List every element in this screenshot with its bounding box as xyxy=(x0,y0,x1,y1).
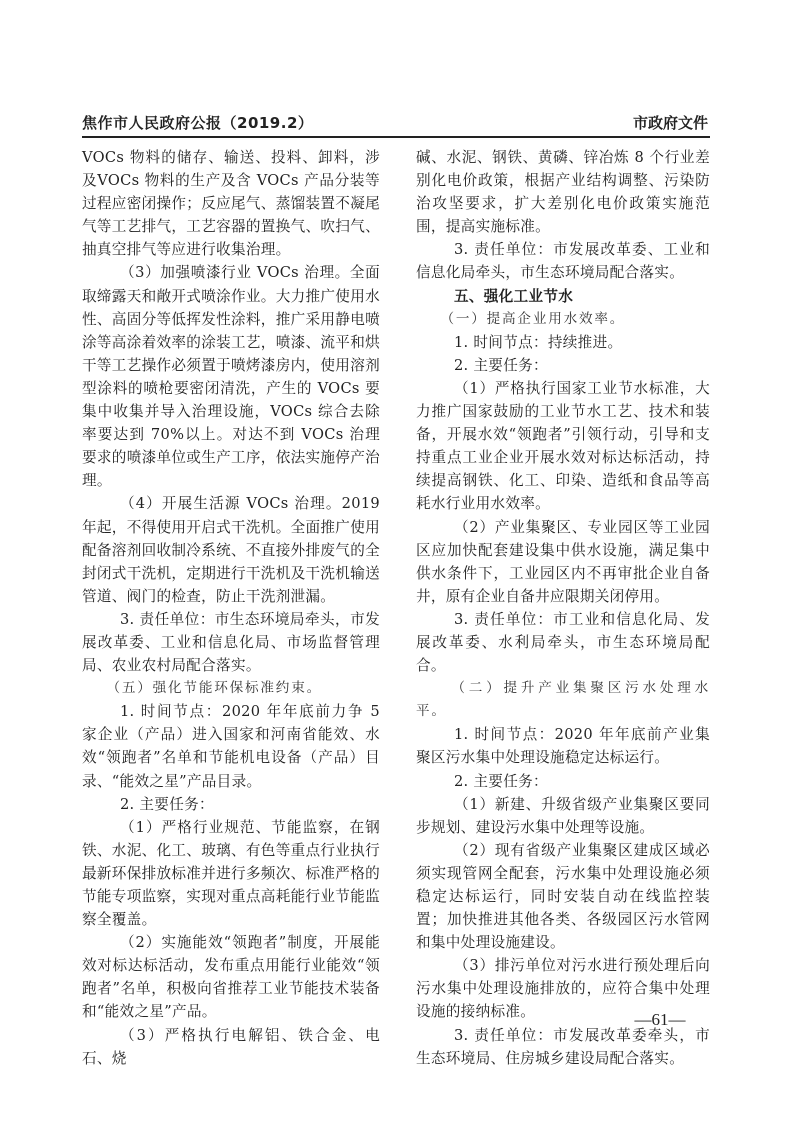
paragraph: 1. 时间节点：持续推进。 xyxy=(416,331,710,354)
paragraph: （4）开展生活源 VOCs 治理。2019 年起，不得使用开启式干洗机。全面推广… xyxy=(82,492,380,607)
paragraph: （2）实施能效“领跑者”制度，开展能效对标达标活动，发布重点用能行业能效“领跑者… xyxy=(82,931,380,1023)
paragraph: 碱、水泥、钢铁、黄磷、锌冶炼 8 个行业差别化电价政策，根据产业结构调整、污染防… xyxy=(416,146,710,238)
left-column: VOCs 物料的储存、输送、投料、卸料，涉及VOCs 物料的生产及含 VOCs … xyxy=(82,146,380,1070)
paragraph: 2. 主要任务： xyxy=(416,770,710,793)
section-heading: 五、强化工业节水 xyxy=(416,285,710,308)
paragraph: VOCs 物料的储存、输送、投料、卸料，涉及VOCs 物料的生产及含 VOCs … xyxy=(82,146,380,261)
right-column: 碱、水泥、钢铁、黄磷、锌冶炼 8 个行业差别化电价政策，根据产业结构调整、污染防… xyxy=(416,146,710,1070)
paragraph: 3. 责任单位：市生态环境局牵头，市发展改革委、工业和信息化局、市场监督管理局、… xyxy=(82,608,380,677)
paragraph: 2. 主要任务： xyxy=(416,354,710,377)
section-label: 市政府文件 xyxy=(633,112,708,133)
paragraph: （3）加强喷漆行业 VOCs 治理。全面取缔露天和敞开式喷涂作业。大力推广使用水… xyxy=(82,261,380,492)
paragraph: （1）严格执行国家工业节水标准，大力推广国家鼓励的工业节水工艺、技术和装备，开展… xyxy=(416,377,710,516)
paragraph: 3. 责任单位：市发展改革委牵头，市生态环境局、住房城乡建设局配合落实。 xyxy=(416,1024,710,1070)
paragraph: 1. 时间节点：2020 年年底前产业集聚区污水集中处理设施稳定达标运行。 xyxy=(416,723,710,769)
subsection-heading: （二）提升产业集聚区污水处理水平。 xyxy=(416,677,710,723)
subsection-heading: （一）提高企业用水效率。 xyxy=(416,308,710,331)
paragraph: （2）现有省级产业集聚区建成区域必须实现管网全配套，污水集中处理设施必须稳定达标… xyxy=(416,839,710,954)
paragraph: （3）严格执行电解铝、铁合金、电石、烧 xyxy=(82,1024,380,1070)
page-number: —61— xyxy=(620,1010,700,1030)
paragraph: （1）严格行业规范、节能监察，在钢铁、水泥、化工、玻璃、有色等重点行业执行最新环… xyxy=(82,816,380,931)
paragraph: 3. 责任单位：市发展改革委、工业和信息化局牵头，市生态环境局配合落实。 xyxy=(416,238,710,284)
paragraph: 3. 责任单位：市工业和信息化局、发展改革委、水利局牵头，市生态环境局配合。 xyxy=(416,608,710,677)
paragraph: 1. 时间节点：2020 年年底前力争 5 家企业（产品）进入国家和河南省能效、… xyxy=(82,700,380,792)
journal-title: 焦作市人民政府公报（2019.2） xyxy=(82,112,313,133)
paragraph: （2）产业集聚区、专业园区等工业园区应加快配套建设集中供水设施，满足集中供水条件… xyxy=(416,516,710,608)
paragraph: （1）新建、升级省级产业集聚区要同步规划、建设污水集中处理等设施。 xyxy=(416,793,710,839)
paragraph: 2. 主要任务： xyxy=(82,793,380,816)
subsection-heading: （五）强化节能环保标准约束。 xyxy=(82,677,380,700)
page-header: 焦作市人民政府公报（2019.2） 市政府文件 xyxy=(82,112,710,138)
